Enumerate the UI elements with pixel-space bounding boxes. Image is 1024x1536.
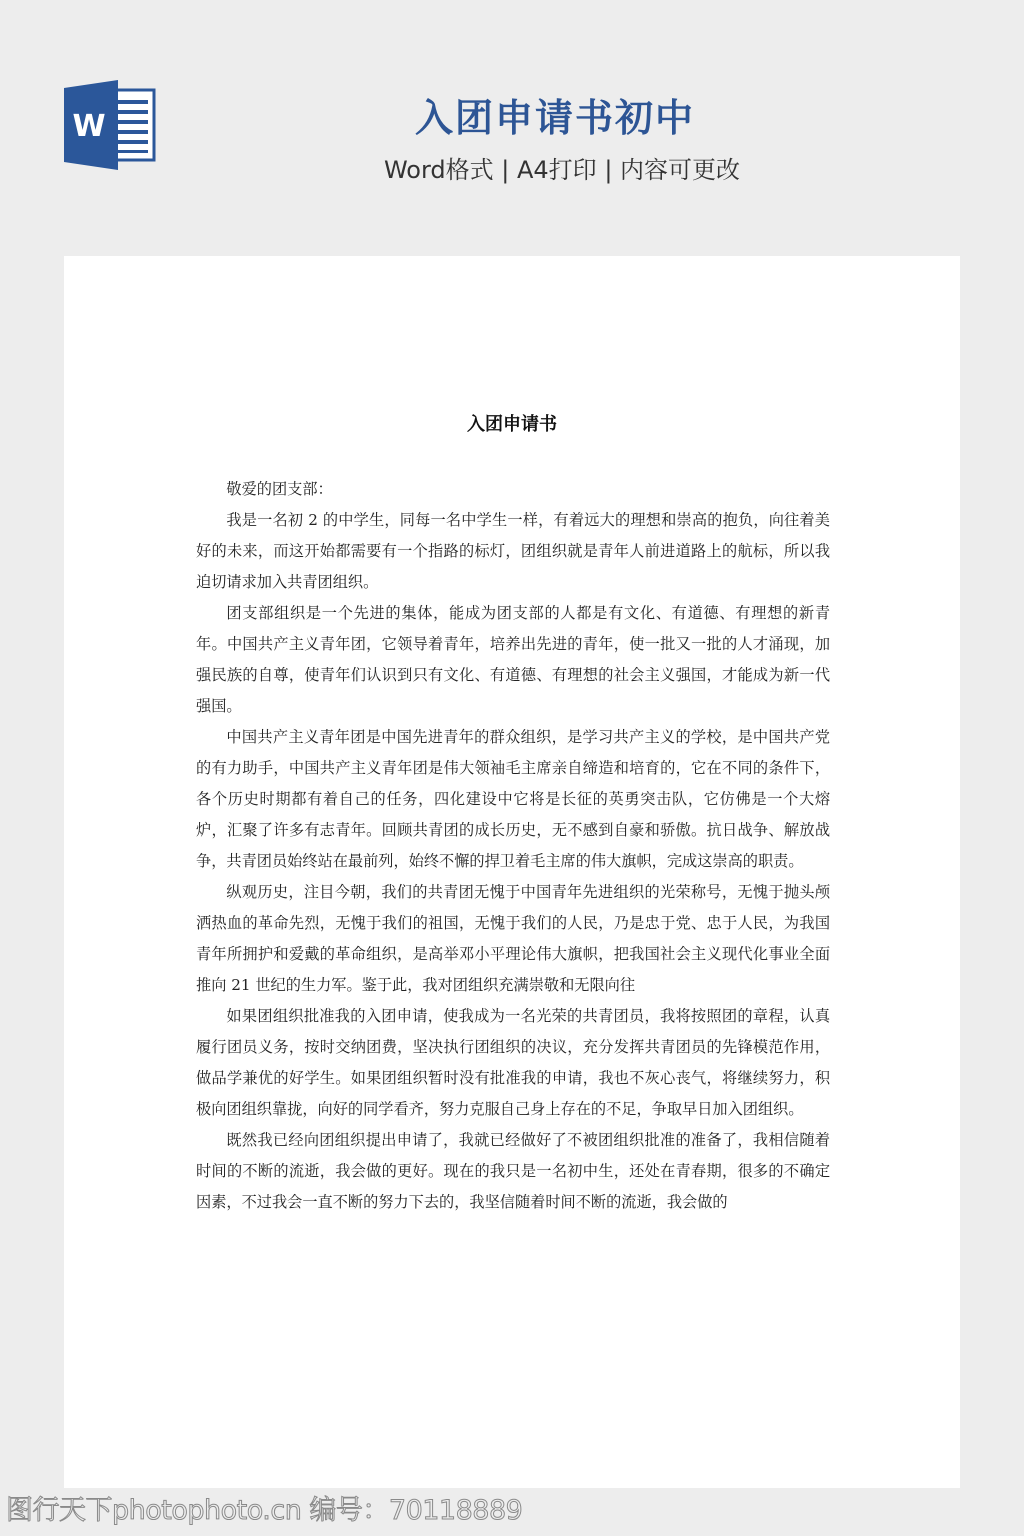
salutation: 敬爱的团支部： xyxy=(196,474,830,505)
header-title: 入团申请书初中 xyxy=(0,92,1024,144)
paragraph: 团支部组织是一个先进的集体，能成为团支部的人都是有文化、有道德、有理想的新青年。… xyxy=(196,598,830,722)
paragraph: 如果团组织批准我的入团申请，使我成为一名光荣的共青团员，我将按照团的章程，认真履… xyxy=(196,1001,830,1125)
header-subtitle: Word格式 | A4打印 | 内容可更改 xyxy=(0,152,1024,188)
paragraph: 既然我已经向团组织提出申请了，我就已经做好了不被团组织批准的准备了，我相信随着时… xyxy=(196,1125,830,1218)
document-title: 入团申请书 xyxy=(64,412,960,438)
watermark: 图行天下photophoto.cn 编号：70118889 xyxy=(6,1494,522,1528)
document-page: 入团申请书 敬爱的团支部： 我是一名初 2 的中学生，同每一名中学生一样，有着远… xyxy=(64,256,960,1488)
document-body: 敬爱的团支部： 我是一名初 2 的中学生，同每一名中学生一样，有着远大的理想和崇… xyxy=(196,474,830,1218)
paragraph: 纵观历史，注目今朝，我们的共青团无愧于中国青年先进组织的光荣称号，无愧于抛头颅洒… xyxy=(196,877,830,1001)
paragraph: 我是一名初 2 的中学生，同每一名中学生一样，有着远大的理想和崇高的抱负，向往着… xyxy=(196,505,830,598)
paragraph: 中国共产主义青年团是中国先进青年的群众组织，是学习共产主义的学校，是中国共产党的… xyxy=(196,722,830,877)
